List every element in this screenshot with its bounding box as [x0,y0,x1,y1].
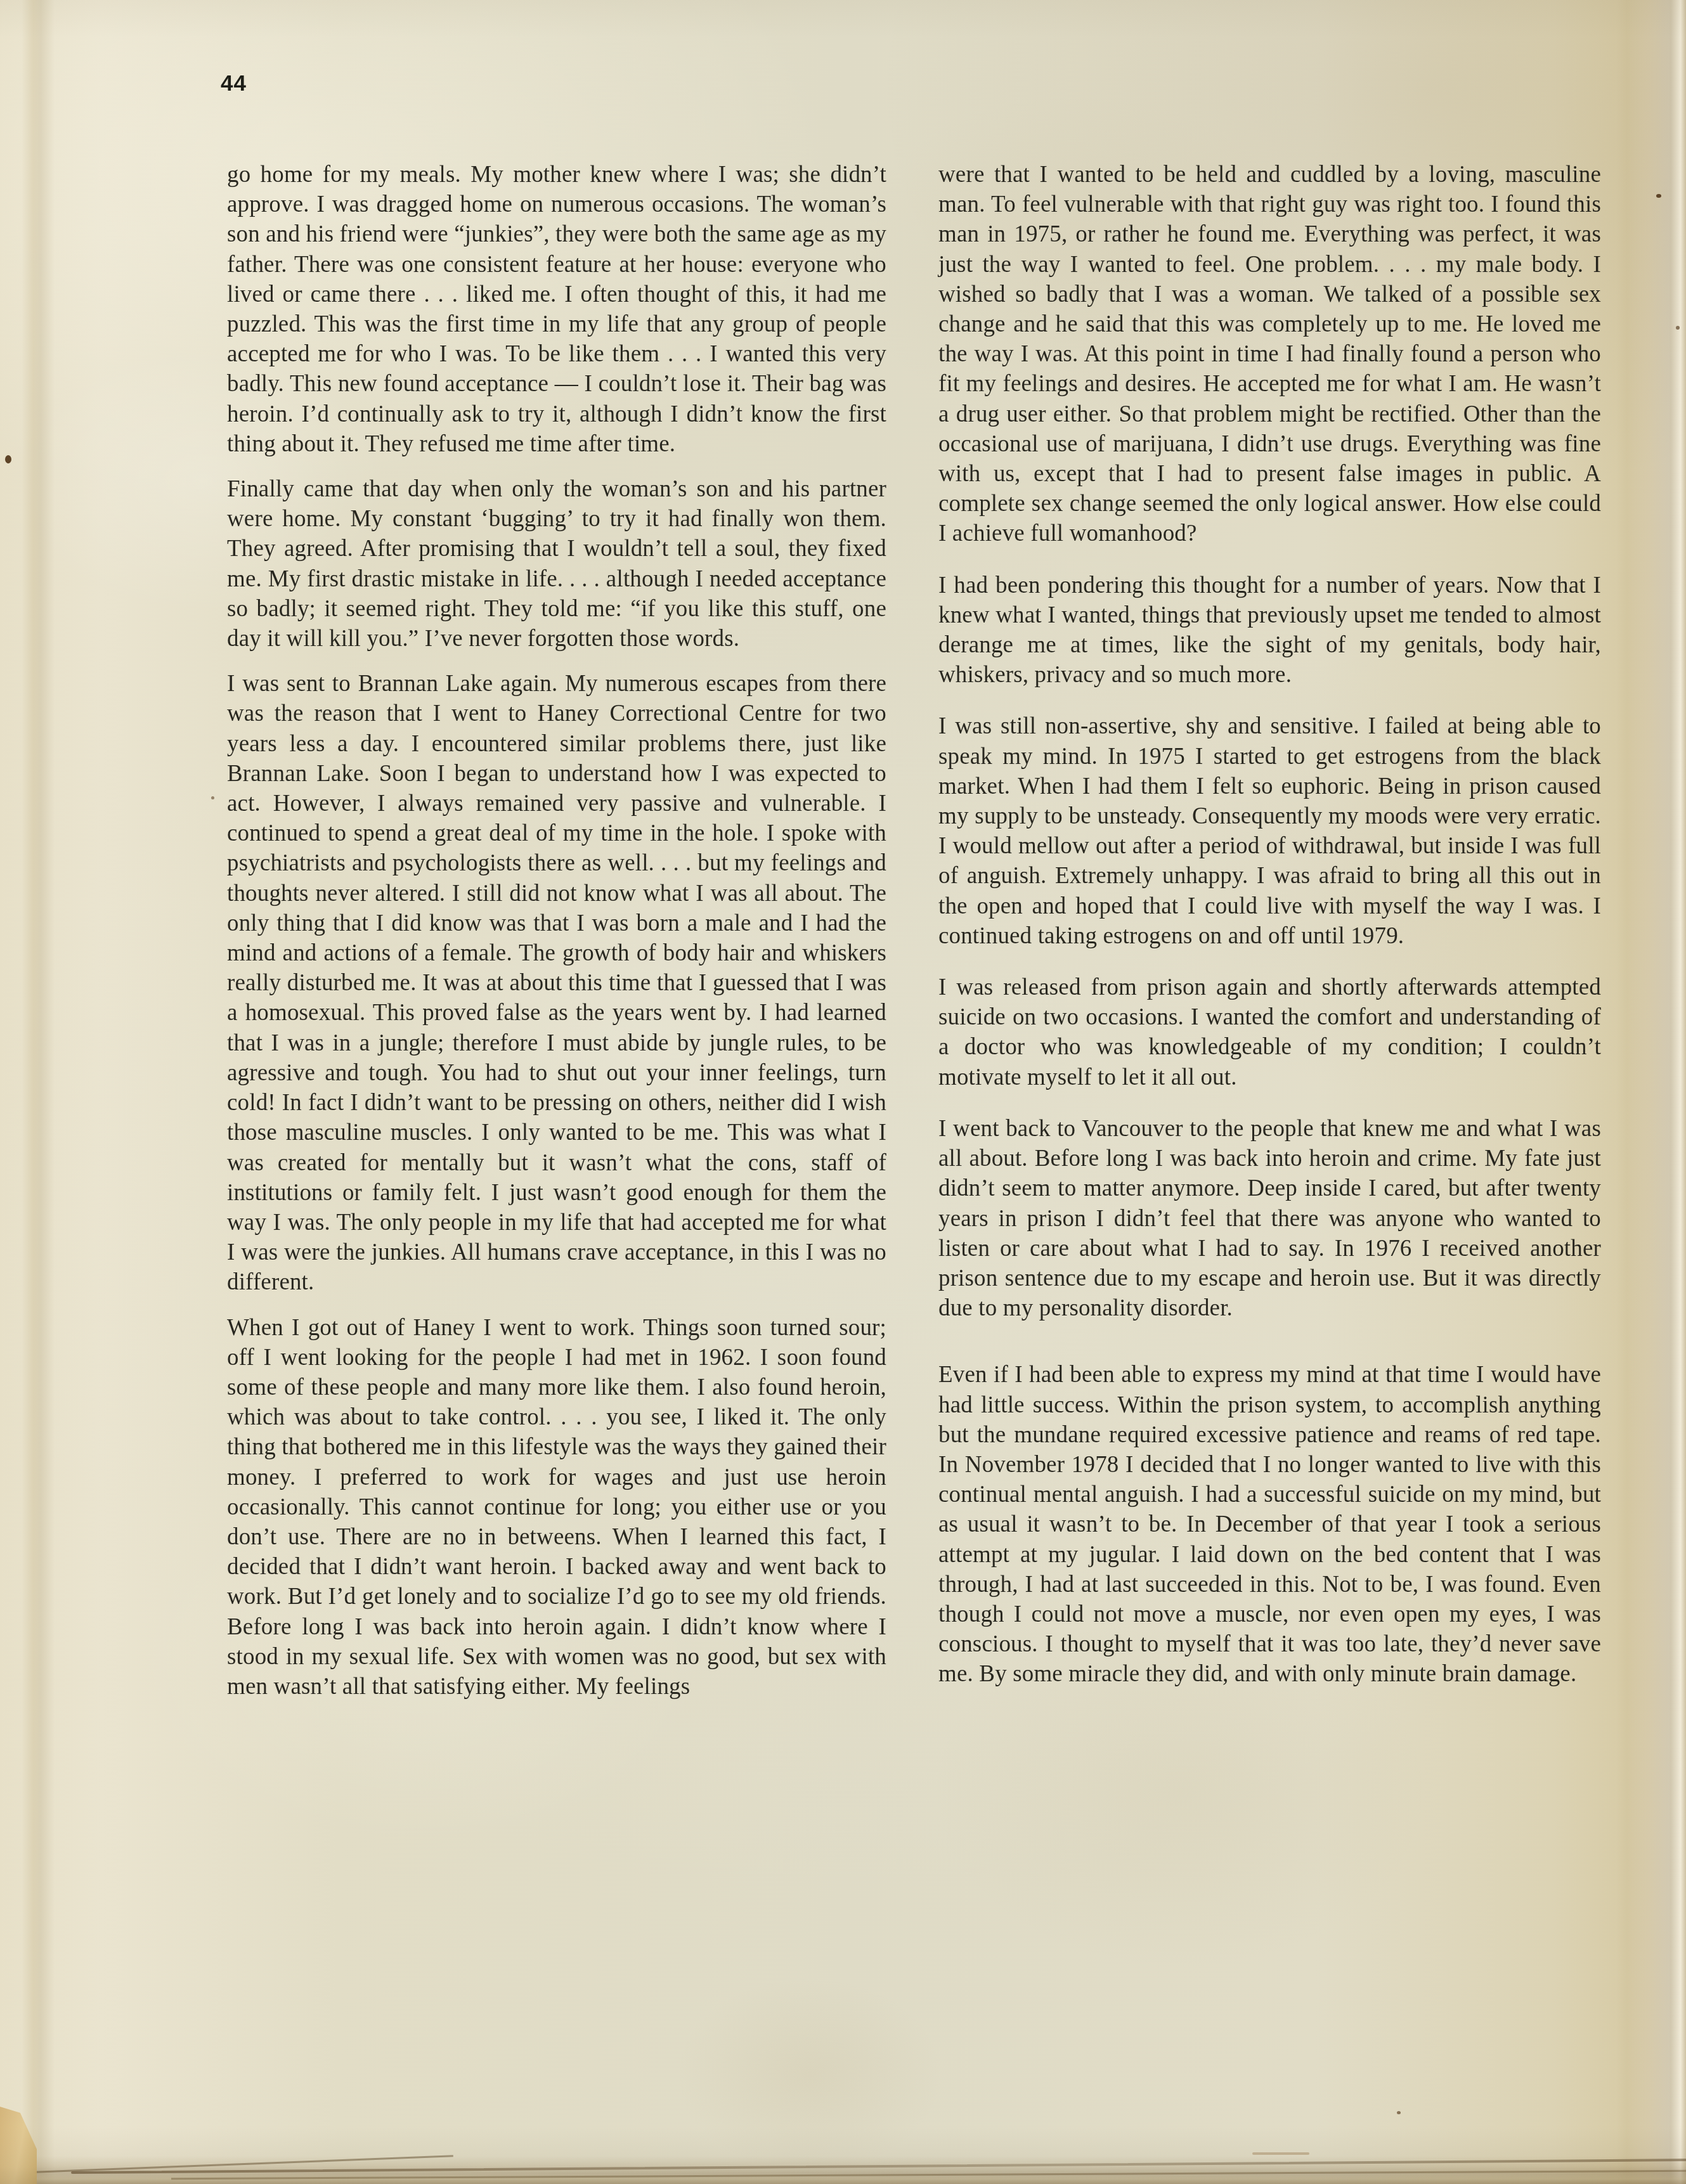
page-curl-shadow [1616,0,1686,2184]
paragraph: When I got out of Haney I went to work. … [227,1313,886,1702]
paragraph: I went back to Vancouver to the people t… [938,1114,1601,1323]
paragraph: Even if I had been able to express my mi… [938,1360,1601,1689]
left-column: go home for my meals. My mother knew whe… [227,160,886,1717]
paper-speck [1676,326,1680,330]
paragraph: were that I wanted to be held and cuddle… [938,160,1601,549]
page-edge-line [71,2159,1686,2174]
paragraph: Finally came that day when only the woma… [227,474,886,654]
paragraph: I was still non-assertive, shy and sensi… [938,711,1601,951]
paragraph: I was released from prison again and sho… [938,972,1601,1092]
page-edge-line [171,2170,1686,2180]
paper-speck [1252,2152,1309,2155]
paragraph: I was sent to Brannan Lake again. My num… [227,669,886,1297]
paper-speck [5,455,11,463]
right-column: were that I wanted to be held and cuddle… [938,160,1601,1711]
paper-speck [211,796,214,799]
scanned-page: 44 go home for my meals. My mother knew … [0,0,1686,2184]
corner-page-tab [0,2107,37,2184]
paragraph: go home for my meals. My mother knew whe… [227,160,886,459]
paper-speck [1656,194,1661,198]
paper-crease [22,0,55,2184]
page-number: 44 [221,71,247,96]
page-stack-edge [0,2156,1686,2184]
paper-speck [1397,2111,1401,2114]
page-edge-line [35,2155,453,2173]
paragraph: I had been pondering this thought for a … [938,571,1601,690]
